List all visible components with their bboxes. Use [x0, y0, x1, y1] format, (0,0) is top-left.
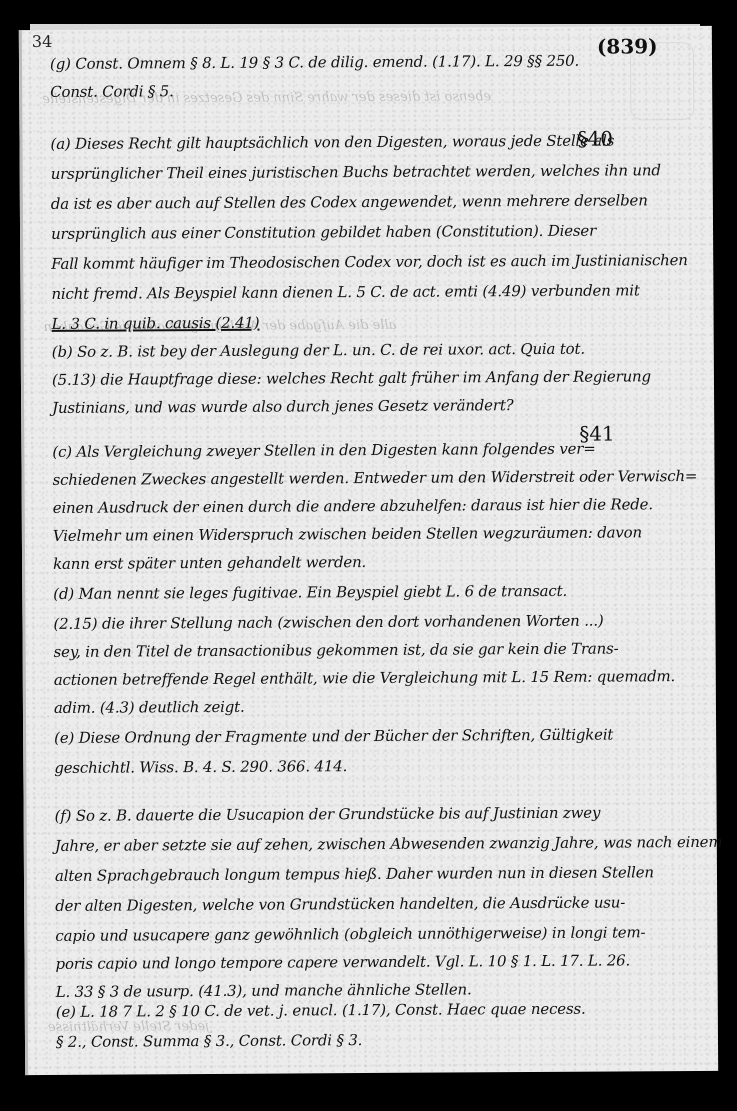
footnote-line: (a) Dieses Recht gilt hauptsächlich von … [50, 126, 614, 158]
footnote-line: (g) Const. Omnem § 8. L. 19 § 3 C. de di… [50, 47, 579, 79]
footnote-line: (5.13) die Hauptfrage diese: welches Rec… [52, 362, 651, 395]
footnote-line: (d) Man nennt sie leges fugitivae. Ein B… [53, 577, 567, 609]
footnote-line: kann erst später unten gehandelt werden. [53, 548, 366, 579]
footnote-line: actionen betreffende Regel enthält, wie … [54, 662, 675, 695]
footnote-line: (c) Als Vergleichung zweyer Stellen in d… [52, 435, 595, 467]
footnote-line: (2.15) die ihrer Stellung nach (zwischen… [53, 607, 603, 639]
footnote-line: da ist es aber auch auf Stellen des Code… [51, 186, 648, 219]
footnote-line: Const. Cordi § 5. [50, 77, 174, 107]
footnote-line: Jahre, er aber setzte sie auf zehen, zwi… [55, 828, 723, 861]
footnote-line: poris capio und longo tempore capere ver… [55, 946, 630, 979]
footnote-line: ursprünglich aus einer Constitution gebi… [51, 217, 596, 249]
footnote-line: (e) L. 18 7 L. 2 § 10 C. de vet. j. enuc… [56, 995, 586, 1027]
footnote-line: Vielmehr um einen Widerspruch zwischen b… [53, 518, 642, 551]
footnote-line: Justinians, und was wurde also durch jen… [52, 391, 514, 423]
footnote-line: ursprünglicher Theil eines juristischen … [51, 156, 661, 189]
footnote-line: nicht fremd. Als Beyspiel kann dienen L.… [51, 276, 639, 309]
footnote-line: alten Sprachgebrauch longum tempus hieß.… [55, 858, 654, 891]
footnote-line: geschichtl. Wiss. B. 4. S. 290. 366. 414… [54, 752, 347, 783]
footnote-line: (e) Diese Ordnung der Fragmente und der … [54, 721, 613, 753]
page-number: 34 [32, 32, 52, 51]
footnote-line: § 2., Const. Summa § 3., Const. Cordi § … [56, 1026, 362, 1057]
footnote-line: L. 3 C. in quib. causis (2.41) [52, 309, 260, 339]
footnote-line: Fall kommt häufiger im Theodosischen Cod… [51, 246, 688, 279]
footnote-line: adim. (4.3) deutlich zeigt. [54, 693, 245, 723]
manuscript-page: 34 (839) §40 §41 ebenso ist dieses der w… [19, 26, 718, 1075]
footnote-line: der alten Digesten, welche von Grundstüc… [55, 888, 625, 920]
folio-stamp: (839) [597, 34, 658, 58]
footnote-line: (f) So z. B. dauerte die Usucapion der G… [55, 799, 601, 831]
footnote-line: (b) So z. B. ist bey der Auslegung der L… [52, 335, 585, 367]
